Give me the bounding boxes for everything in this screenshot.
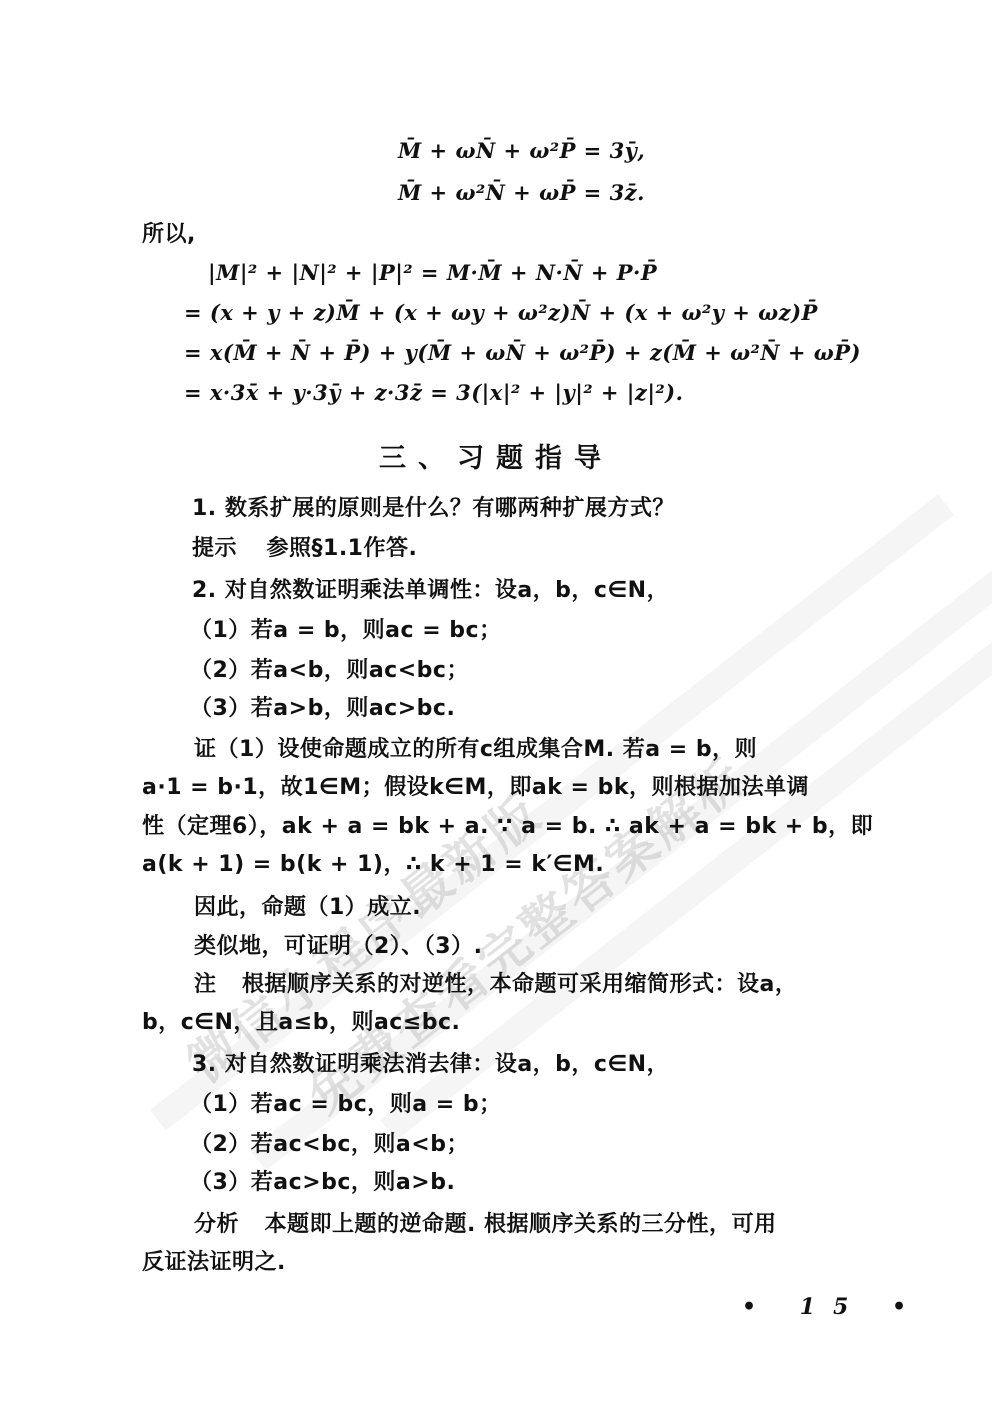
note-text: 根据顺序关系的对逆性，本命题可采用缩简形式：设a，: [242, 972, 797, 997]
exercise-2-item: （3）若a>b，则ac>bc.: [190, 694, 455, 724]
analysis-line: 反证法证明之.: [142, 1248, 286, 1278]
exercise-2-question: 2. 对自然数证明乘法单调性：设a，b，c∈N，: [192, 576, 669, 606]
analysis-text: 本题即上题的逆命题. 根据顺序关系的三分性，可用: [265, 1212, 777, 1237]
proof-text: （1）设使命题成立的所有c组成集合M. 若a = b，则: [217, 737, 758, 762]
derivation-line: = x·3x̄ + y·3ȳ + z·3z̄ = 3(|x|² + |y|² +…: [184, 378, 683, 408]
hint-label: 提示: [192, 536, 237, 561]
section-title: 三、习题指导: [0, 436, 992, 475]
derivation-line: = x(M̄ + N̄ + P̄) + y(M̄ + ωN̄ + ω²P̄) +…: [184, 338, 861, 368]
analysis-first-line: 分析 本题即上题的逆命题. 根据顺序关系的三分性，可用: [194, 1210, 777, 1240]
proof-line: a·1 = b·1，故1∈M；假设k∈M，即ak = bk，则根据加法单调: [142, 773, 809, 803]
derivation-line: = (x + y + z)M̄ + (x + ωy + ω²z)N̄ + (x …: [184, 298, 818, 328]
exercise-3-item: （2）若ac<bc，则a<b；: [190, 1130, 469, 1160]
exercise-2-item: （1）若a = b，则ac = bc；: [190, 616, 502, 646]
exercise-1-question: 1. 数系扩展的原则是什么？有哪两种扩展方式？: [192, 494, 675, 524]
proof-line: a(k + 1) = b(k + 1)，∴ k + 1 = k′∈M.: [142, 850, 604, 880]
derivation-line: |M|² + |N|² + |P|² = M·M̄ + N·N̄ + P·P̄: [208, 258, 657, 288]
hint-text: 参照§1.1作答.: [267, 536, 418, 561]
page-number: • 15 •: [742, 1294, 924, 1320]
exercise-2-item: （2）若a<b，则ac<bc；: [190, 656, 469, 686]
analysis-label: 分析: [194, 1212, 239, 1237]
proof-first-line: 证（1）设使命题成立的所有c组成集合M. 若a = b，则: [194, 735, 757, 765]
exercise-3-item: （1）若ac = bc，则a = b；: [190, 1090, 502, 1120]
proof-conclusion: 因此，命题（1）成立.: [194, 893, 421, 923]
exercise-1-hint: 提示 参照§1.1作答.: [192, 534, 417, 564]
proof-line: 性（定理6），ak + a = bk + a. ∵ a = b. ∴ ak + …: [142, 812, 873, 842]
equation-line: M̄ + ωN̄ + ω²P̄ = 3ȳ,: [398, 136, 645, 166]
equation-line: M̄ + ω²N̄ + ωP̄ = 3z̄.: [398, 178, 645, 208]
similarly-text: 类似地，可证明（2）、（3）.: [194, 932, 482, 962]
therefore-label: 所以,: [142, 220, 196, 250]
document-page: 微信小程序最新版 免费查看完整答案解析 M̄ + ωN̄ + ω²P̄ = 3ȳ…: [0, 0, 992, 1403]
note-line: b，c∈N，且a≤b，则ac≤bc.: [142, 1008, 460, 1038]
proof-label: 证: [194, 737, 217, 762]
exercise-3-item: （3）若ac>bc，则a>b.: [190, 1168, 455, 1198]
note-label: 注: [194, 972, 217, 997]
note-first-line: 注 根据顺序关系的对逆性，本命题可采用缩简形式：设a，: [194, 970, 797, 1000]
exercise-3-question: 3. 对自然数证明乘法消去律：设a，b，c∈N，: [192, 1050, 669, 1080]
